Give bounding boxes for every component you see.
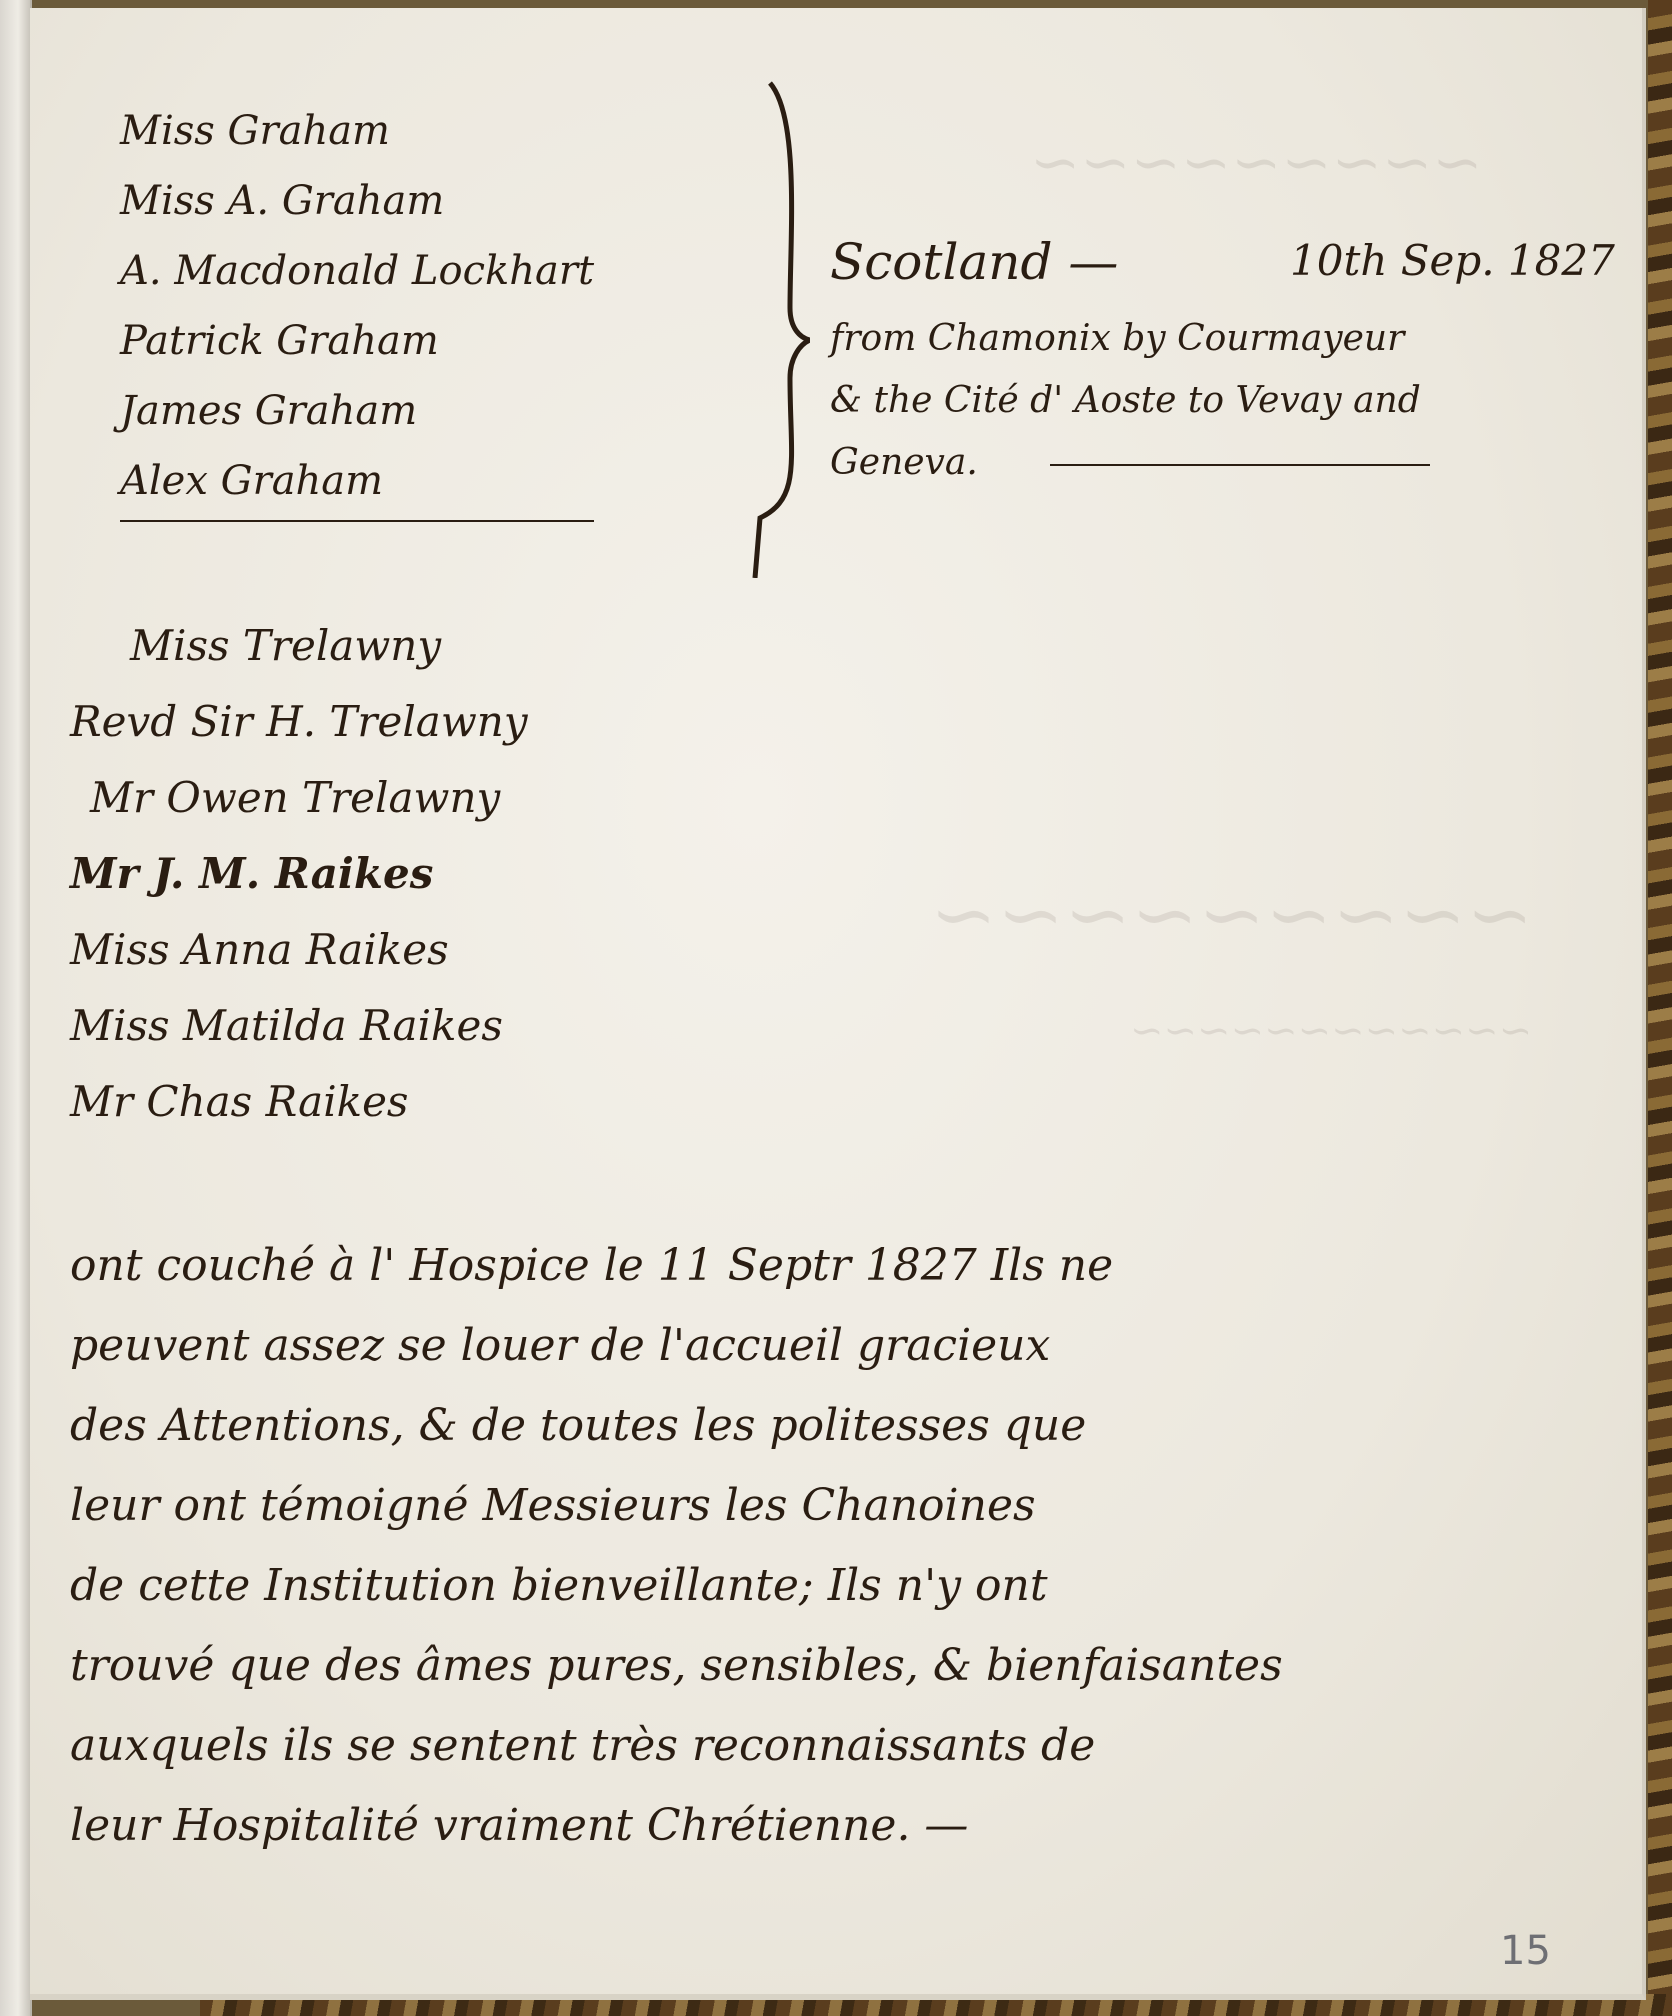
signature: Mr Owen Trelawny [70, 760, 528, 836]
text-line: leur ont témoigné Messieurs les Chanoine… [70, 1466, 1283, 1546]
entry-1-route: from Chamonix by Courmayeur & the Cité d… [830, 308, 1421, 494]
text-line: de cette Institution bienveillante; Ils … [70, 1546, 1283, 1626]
book-binding-edge [0, 0, 32, 2016]
signature: Patrick Graham [120, 306, 594, 376]
signature: Miss A. Graham [120, 166, 594, 236]
signature: A. Macdonald Lockhart [120, 236, 594, 306]
divider-rule [1050, 464, 1430, 466]
entry-1-date: 10th Sep. 1827 [1290, 236, 1615, 285]
entry-2-names: Miss Trelawny Revd Sir H. Trelawny Mr Ow… [70, 608, 528, 1140]
signature: Mr Chas Raikes [70, 1064, 528, 1140]
manuscript-page: ~~~~~~~~~ ~~~~~~~~~ ~~~~~~~~~~~~ Miss Gr… [30, 8, 1646, 2000]
marbled-cover-edge-right [1648, 0, 1672, 2016]
show-through-text: ~~~~~~~~~~~~ [1130, 1008, 1532, 1054]
signature: Mr J. M. Raikes [70, 836, 528, 912]
signature: Miss Matilda Raikes [70, 988, 528, 1064]
signature: Miss Graham [120, 96, 594, 166]
text-line: ont couché à l' Hospice le 11 Septr 1827… [70, 1226, 1283, 1306]
show-through-text: ~~~~~~~~~ [930, 868, 1533, 961]
signature: Alex Graham [120, 446, 594, 522]
signature: Revd Sir H. Trelawny [70, 684, 528, 760]
show-through-text: ~~~~~~~~~ [1030, 128, 1482, 198]
route-line: & the Cité d' Aoste to Vevay and [830, 370, 1421, 432]
curly-brace-icon [750, 78, 810, 578]
signature: Miss Anna Raikes [70, 912, 528, 988]
entry-1-names: Miss Graham Miss A. Graham A. Macdonald … [120, 96, 594, 522]
page-number: 15 [1500, 1928, 1551, 1974]
text-line: peuvent assez se louer de l'accueil grac… [70, 1306, 1283, 1386]
signature: James Graham [120, 376, 594, 446]
route-line: from Chamonix by Courmayeur [830, 308, 1421, 370]
entry-2-text: ont couché à l' Hospice le 11 Septr 1827… [70, 1226, 1283, 1866]
text-line: leur Hospitalité vraiment Chrétienne. — [70, 1786, 1283, 1866]
origin-label: Scotland — [830, 233, 1118, 291]
route-line: Geneva. [830, 432, 1421, 494]
text-line: des Attentions, & de toutes les politess… [70, 1386, 1283, 1466]
text-line: trouvé que des âmes pures, sensibles, & … [70, 1626, 1283, 1706]
signature: Miss Trelawny [70, 608, 528, 684]
entry-1-origin: Scotland — [830, 233, 1118, 291]
text-line: auxquels ils se sentent très reconnaissa… [70, 1706, 1283, 1786]
